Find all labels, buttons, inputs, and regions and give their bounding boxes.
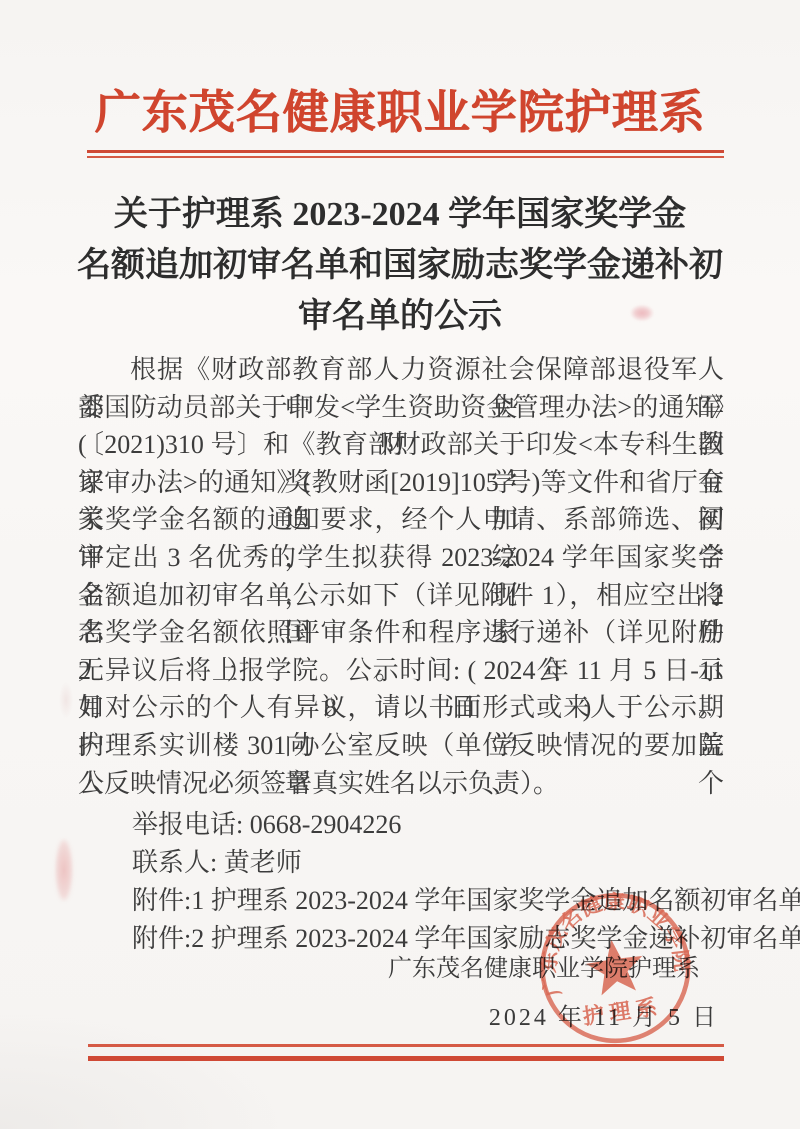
scan-smudge bbox=[56, 840, 72, 900]
body-line: 护理系实训楼 301 办公室反映（单位反映情况的要加盖公章、个 bbox=[78, 727, 724, 765]
footer-divider bbox=[88, 1044, 724, 1061]
contact-and-attachments: 举报电话: 0668-2904226 联系人: 黄老师 附件:1 护理系 202… bbox=[78, 806, 728, 958]
title-line: 关于护理系 2023-2024 学年国家奖学金 bbox=[50, 189, 750, 240]
report-phone-line: 举报电话: 0668-2904226 bbox=[78, 806, 728, 844]
body-line: 评审办法>的通知》(教财函[2019]105 号)等文件和省厅有关追加国 bbox=[78, 464, 724, 502]
divider-thick-rule bbox=[88, 1056, 724, 1061]
body-line: 无异议后将上报学院。公示时间: ( 2024 年 11 月 5 日-11 月 8… bbox=[78, 652, 724, 690]
body-line: 名额追加初审名单公示如下（详见附件 1），相应空出 2 名国家励 bbox=[78, 577, 724, 615]
signature-org: 广东茂名健康职业学院护理系 bbox=[0, 948, 700, 983]
title-line: 审名单的公示 bbox=[50, 291, 750, 342]
body-line: 如对公示的个人有异议，请以书面形式或来人于公示期内向学院 bbox=[78, 689, 724, 727]
letterhead-title: 广东茂名健康职业学院护理系 bbox=[0, 76, 800, 142]
body-line: 志奖学金名额依照评审条件和程序进行递补（详见附件 2）。公示 bbox=[78, 614, 724, 652]
body-line: 根据《财政部教育部人力资源社会保障部退役军人部中央军 bbox=[78, 351, 724, 389]
body-line: 评定出 3 名优秀的学生拟获得 2023-2024 学年国家奖学金，现将 bbox=[78, 539, 724, 577]
body-paragraph: 根据《财政部教育部人力资源社会保障部退役军人部中央军 委国防动员部关于印发<学生… bbox=[78, 351, 724, 802]
letterhead-divider bbox=[87, 150, 724, 158]
contact-person-line: 联系人: 黄老师 bbox=[78, 844, 728, 882]
body-line: 〔2021)310 号〕和《教育部财政部关于印发<本专科生国家奖学金 bbox=[78, 426, 724, 464]
document-title: 关于护理系 2023-2024 学年国家奖学金 名额追加初审名单和国家励志奖学金… bbox=[50, 189, 750, 342]
signature-date: 2024 年 11 月 5 日 bbox=[0, 997, 719, 1032]
body-line: 家奖学金名额的通知要求，经个人申请、系部筛选、初审，综合 bbox=[78, 501, 724, 539]
body-line: 委国防动员部关于印发<学生资助资金管理办法>的通知》(财教 bbox=[78, 389, 724, 427]
divider-thin-rule bbox=[87, 156, 724, 158]
attachment-line-1: 附件:1 护理系 2023-2024 学年国家奖学金追加名额初审名单 bbox=[78, 882, 728, 920]
document-page: 广东茂名健康职业学院护理系 关于护理系 2023-2024 学年国家奖学金 名额… bbox=[0, 0, 800, 1129]
title-line: 名额追加初审名单和国家励志奖学金递补初 bbox=[50, 240, 750, 291]
